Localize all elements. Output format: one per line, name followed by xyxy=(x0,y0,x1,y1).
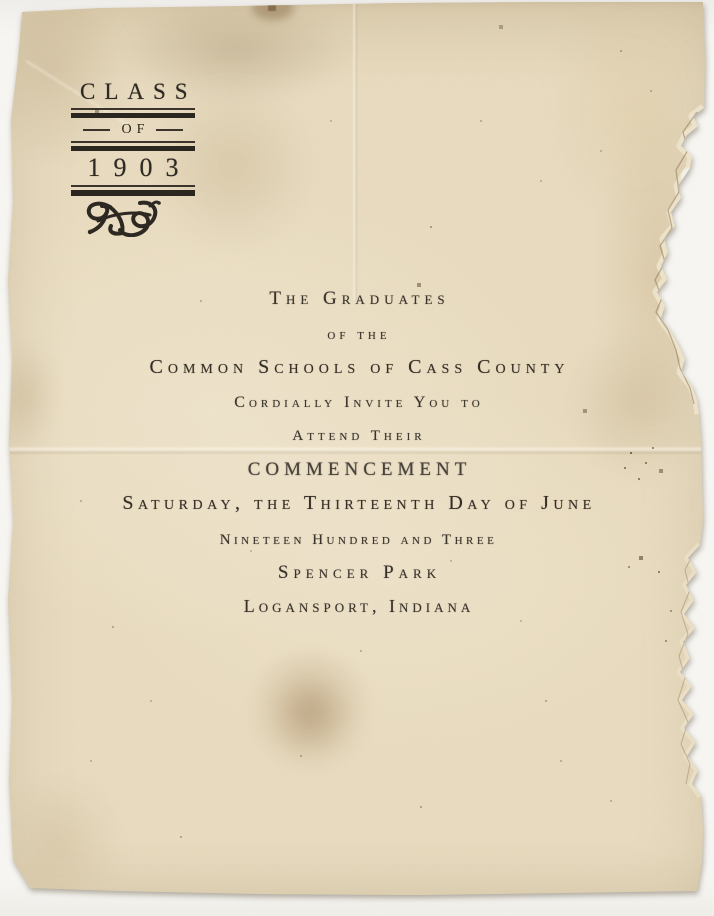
dash-right xyxy=(156,129,183,131)
flourish-icon xyxy=(84,199,162,237)
stain-bottom-left xyxy=(0,776,122,912)
badge-class-label: CLASS xyxy=(71,80,195,104)
invitation-line-commencement: COMMENCEMENT xyxy=(0,459,714,481)
invitation-paper: CLASS OF 1903 xyxy=(0,0,714,916)
stain-bottom-center xyxy=(246,653,374,775)
invitation-line-year-words: Nineteen Hundred and Three xyxy=(0,532,714,549)
vertical-fold-crease xyxy=(352,0,358,300)
class-of-1903-badge: CLASS OF 1903 xyxy=(71,80,195,237)
badge-of-row: OF xyxy=(71,123,195,137)
badge-of-label: OF xyxy=(117,123,150,137)
punch-hole-small xyxy=(687,187,696,196)
invitation-line-attend: Attend Their xyxy=(0,428,714,445)
badge-rule-middle xyxy=(71,141,195,151)
invitation-line-schools: Common Schools of Cass County xyxy=(0,356,714,379)
stain-top-right xyxy=(552,0,714,225)
invitation-line-graduates: The Graduates xyxy=(0,288,714,310)
invitation-line-of-the: of the xyxy=(0,327,714,344)
punch-hole xyxy=(681,168,695,186)
invitation-line-place: Spencer Park xyxy=(0,562,714,584)
dash-left xyxy=(83,129,110,131)
badge-rule-top xyxy=(71,108,195,118)
badge-rule-bottom xyxy=(71,185,195,196)
horizontal-fold-crease xyxy=(0,446,706,455)
invitation-line-date: Saturday, the Thirteenth Day of June xyxy=(0,492,714,515)
scanned-page: CLASS OF 1903 xyxy=(0,0,714,916)
invitation-line-city: Logansport, Indiana xyxy=(0,596,714,617)
stain-bottom-center-core xyxy=(268,673,352,757)
paper-shadow: CLASS OF 1903 xyxy=(0,0,714,916)
foxing-specks xyxy=(0,0,2,2)
badge-year-label: 1903 xyxy=(71,155,195,181)
stain-top-edge-spot xyxy=(252,0,294,20)
invitation-line-cordially: Cordially Invite You to xyxy=(0,394,714,412)
